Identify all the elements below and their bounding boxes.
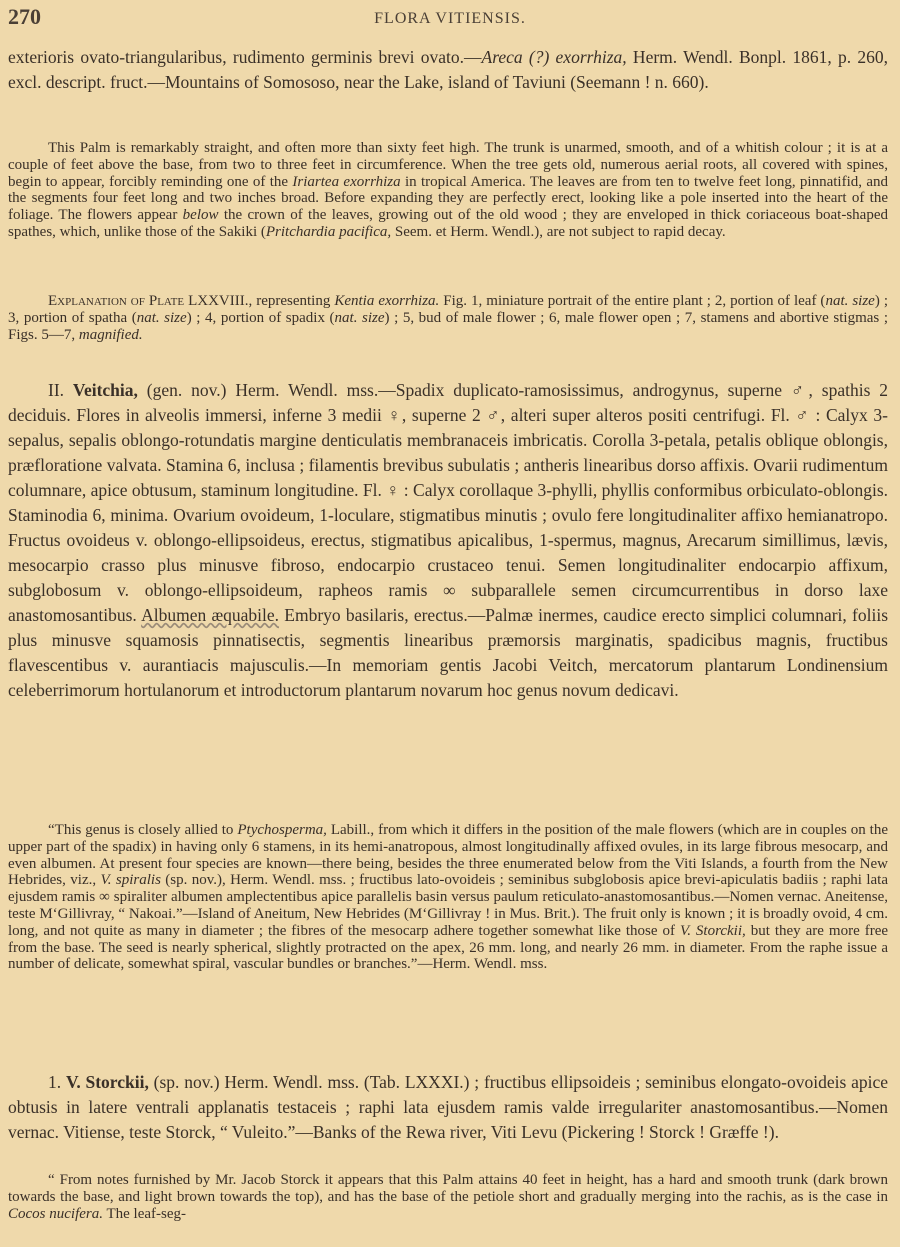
underlined-phrase: Albumen æquabile. — [141, 605, 279, 625]
paragraph-v-storckii: 1. V. Storckii, (sp. nov.) Herm. Wendl. … — [8, 1070, 888, 1145]
paragraph-plate-explanation: Explanation of Plate LXXVIII., represent… — [8, 293, 888, 343]
paragraph-veitchia-genus: II. Veitchia, (gen. nov.) Herm. Wendl. m… — [8, 378, 888, 703]
page-header: 270 FLORA VITIENSIS. — [8, 4, 892, 34]
species-name: V. Storckii, — [66, 1072, 149, 1092]
paragraph-areca-citation: exterioris ovato-triangularibus, rudimen… — [8, 45, 888, 95]
paragraph-storck-notes: “ From notes furnished by Mr. Jacob Stor… — [8, 1172, 888, 1222]
genus-name: Veitchia, — [73, 380, 138, 400]
paragraph-genus-note: “This genus is closely allied to Ptychos… — [8, 822, 888, 973]
document-page: 270 FLORA VITIENSIS. exterioris ovato-tr… — [0, 0, 900, 1247]
paragraph-palm-description: This Palm is remarkably straight, and of… — [8, 140, 888, 241]
running-title: FLORA VITIENSIS. — [8, 10, 892, 28]
